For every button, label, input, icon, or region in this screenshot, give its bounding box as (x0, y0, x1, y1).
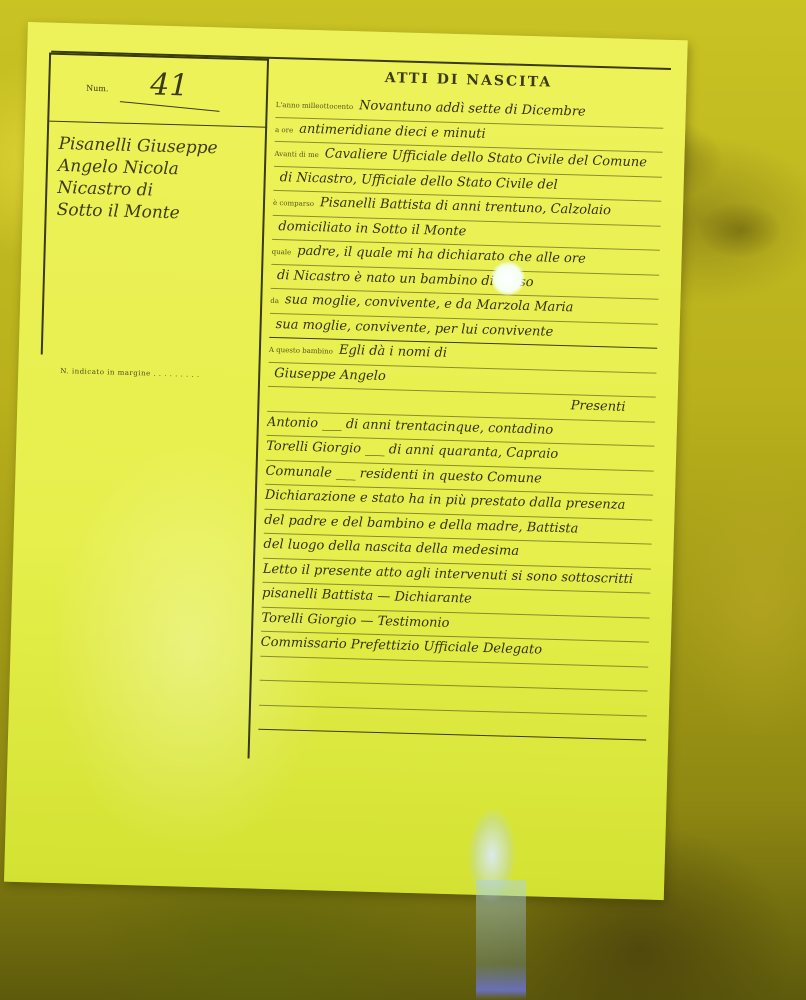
record-number-box: Num. 41 (49, 55, 269, 128)
margin-footer: N. indicato in margine . . . . . . . . . (60, 367, 200, 379)
margin-note: Pisanelli Giuseppe Angelo Nicola Nicastr… (56, 133, 258, 227)
document-title: ATTI DI NASCITA (268, 67, 668, 94)
number-label: Num. (86, 84, 109, 94)
record-number: 41 (150, 67, 189, 103)
margin-column: Num. 41 Pisanelli Giuseppe Angelo Nicola… (41, 53, 269, 361)
birth-record-sheet: Num. 41 Pisanelli Giuseppe Angelo Nicola… (4, 22, 688, 900)
margin-line: Sotto il Monte (56, 199, 257, 227)
record-body: ATTI DI NASCITA L'anno milleottocentoNov… (248, 59, 669, 770)
light-reflection-streak (476, 880, 526, 1000)
record-lines: L'anno milleottocentoNovantuno addì sett… (258, 93, 664, 741)
